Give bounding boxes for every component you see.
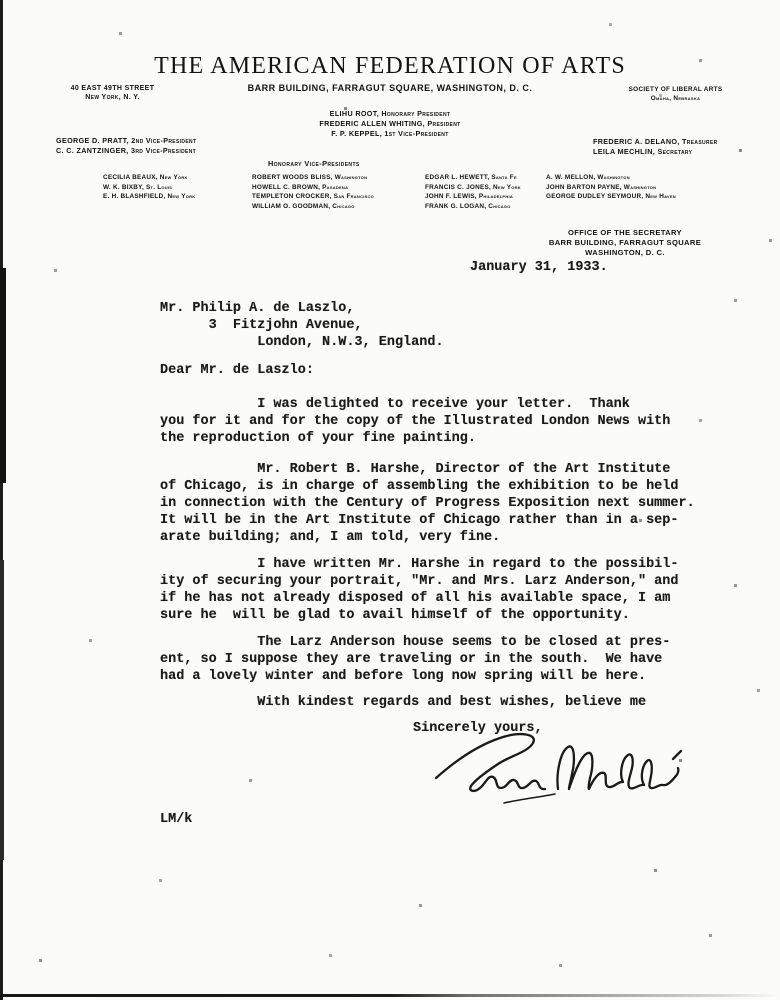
line: ELIHU ROOT, Honorary President <box>0 109 780 119</box>
line: C. C. ZANTZINGER, 3rd Vice-President <box>56 146 196 156</box>
line: you for it and for the copy of the Illus… <box>160 413 670 430</box>
body-paragraph-2: Mr. Robert B. Harshe, Director of the Ar… <box>160 461 695 546</box>
handwritten-signature-leila-mechlin <box>428 726 688 811</box>
line: FRANCIS C. JONES, New York <box>425 183 521 193</box>
officers-right-list: FREDERIC A. DELANO, TreasurerLEILA MECHL… <box>593 137 718 157</box>
line: of Chicago, is in charge of assembling t… <box>160 478 695 495</box>
closing-line: With kindest regards and best wishes, be… <box>160 694 646 711</box>
body-paragraph-3: I have written Mr. Harshe in regard to t… <box>160 556 678 624</box>
scan-edge-bottom <box>0 994 780 997</box>
salutation: Dear Mr. de Laszlo: <box>160 362 314 379</box>
line: FRANK G. LOGAN, Chicago <box>425 202 521 212</box>
address-left-line2: New York, N. Y. <box>55 93 170 102</box>
line: London, N.W.3, England. <box>160 334 444 351</box>
organization-title: THE AMERICAN FEDERATION OF ARTS <box>0 53 780 80</box>
line: HOWELL C. BROWN, Pasadena <box>252 183 374 193</box>
signature-svg <box>428 726 688 806</box>
honorary-vice-presidents-heading: Honorary Vice-Presidents <box>268 159 360 168</box>
line: WASHINGTON, D. C. <box>535 248 715 258</box>
honorary-column-4: A. W. MELLON, WashingtonJOHN BARTON PAYN… <box>546 173 676 202</box>
honorary-column-1: CECILIA BEAUX, New YorkW. K. BIXBY, St. … <box>103 173 195 202</box>
line: I was delighted to receive your letter. … <box>160 396 670 413</box>
line: I have written Mr. Harshe in regard to t… <box>160 556 678 573</box>
line: EDGAR L. HEWETT, Santa Fe <box>425 173 521 183</box>
scan-noise-specks <box>0 0 1 1</box>
line: FREDERIC A. DELANO, Treasurer <box>593 137 718 147</box>
scan-edge-left-bump <box>0 268 6 483</box>
line: had a lovely winter and before long now … <box>160 668 670 685</box>
line: E. H. BLASHFIELD, New York <box>103 192 195 202</box>
line: LEILA MECHLIN, Secretary <box>593 147 718 157</box>
scan-edge-left-bump-lower <box>0 560 4 860</box>
line: CECILIA BEAUX, New York <box>103 173 195 183</box>
body-paragraph-1: I was delighted to receive your letter. … <box>160 396 670 447</box>
line: 3 Fitzjohn Avenue, <box>160 317 444 334</box>
address-right-line2: Omaha, Nebraska <box>608 94 743 103</box>
line: A. W. MELLON, Washington <box>546 173 676 183</box>
recipient-address: Mr. Philip A. de Laszlo, 3 Fitzjohn Aven… <box>160 300 444 351</box>
line: ity of securing your portrait, "Mr. and … <box>160 573 678 590</box>
line: Mr. Philip A. de Laszlo, <box>160 300 444 317</box>
line: arate building; and, I am told, very fin… <box>160 529 695 546</box>
line: JOHN BARTON PAYNE, Washington <box>546 183 676 193</box>
line: ent, so I suppose they are traveling or … <box>160 651 670 668</box>
line: It will be in the Art Institute of Chica… <box>160 512 695 529</box>
address-right-line1: SOCIETY OF LIBERAL ARTS <box>608 85 743 94</box>
line: The Larz Anderson house seems to be clos… <box>160 634 670 651</box>
line: GEORGE D. PRATT, 2nd Vice-President <box>56 136 196 146</box>
line: TEMPLETON CROCKER, San Francisco <box>252 192 374 202</box>
office-of-secretary-block: OFFICE OF THE SECRETARYBARR BUILDING, FA… <box>535 228 715 257</box>
officers-center-list: ELIHU ROOT, Honorary PresidentFREDERIC A… <box>0 109 780 139</box>
body-paragraph-4: The Larz Anderson house seems to be clos… <box>160 634 670 685</box>
honorary-column-2: ROBERT WOODS BLISS, WashingtonHOWELL C. … <box>252 173 374 211</box>
line: OFFICE OF THE SECRETARY <box>535 228 715 238</box>
line: sure he will be glad to avail himself of… <box>160 607 678 624</box>
line: W. K. BIXBY, St. Louis <box>103 183 195 193</box>
line: FREDERIC ALLEN WHITING, President <box>0 119 780 129</box>
line: JOHN F. LEWIS, Philadelphia <box>425 192 521 202</box>
line: GEORGE DUDLEY SEYMOUR, New Haven <box>546 192 676 202</box>
line: WILLIAM O. GOODMAN, Chicago <box>252 202 374 212</box>
line: in connection with the Century of Progre… <box>160 495 695 512</box>
line: BARR BUILDING, FARRAGUT SQUARE <box>535 238 715 248</box>
typist-initials: LM/k <box>160 811 192 828</box>
line: the reproduction of your fine painting. <box>160 430 670 447</box>
line: Mr. Robert B. Harshe, Director of the Ar… <box>160 461 695 478</box>
scanned-letter-page: { "letterhead": { "title": "THE AMERICAN… <box>0 0 780 1000</box>
letterhead-address-right: SOCIETY OF LIBERAL ARTS Omaha, Nebraska <box>608 85 743 103</box>
line: ROBERT WOODS BLISS, Washington <box>252 173 374 183</box>
honorary-column-3: EDGAR L. HEWETT, Santa FeFRANCIS C. JONE… <box>425 173 521 211</box>
letter-date: January 31, 1933. <box>470 259 608 276</box>
line: if he has not already disposed of all hi… <box>160 590 678 607</box>
officers-left-list: GEORGE D. PRATT, 2nd Vice-PresidentC. C.… <box>56 136 196 156</box>
